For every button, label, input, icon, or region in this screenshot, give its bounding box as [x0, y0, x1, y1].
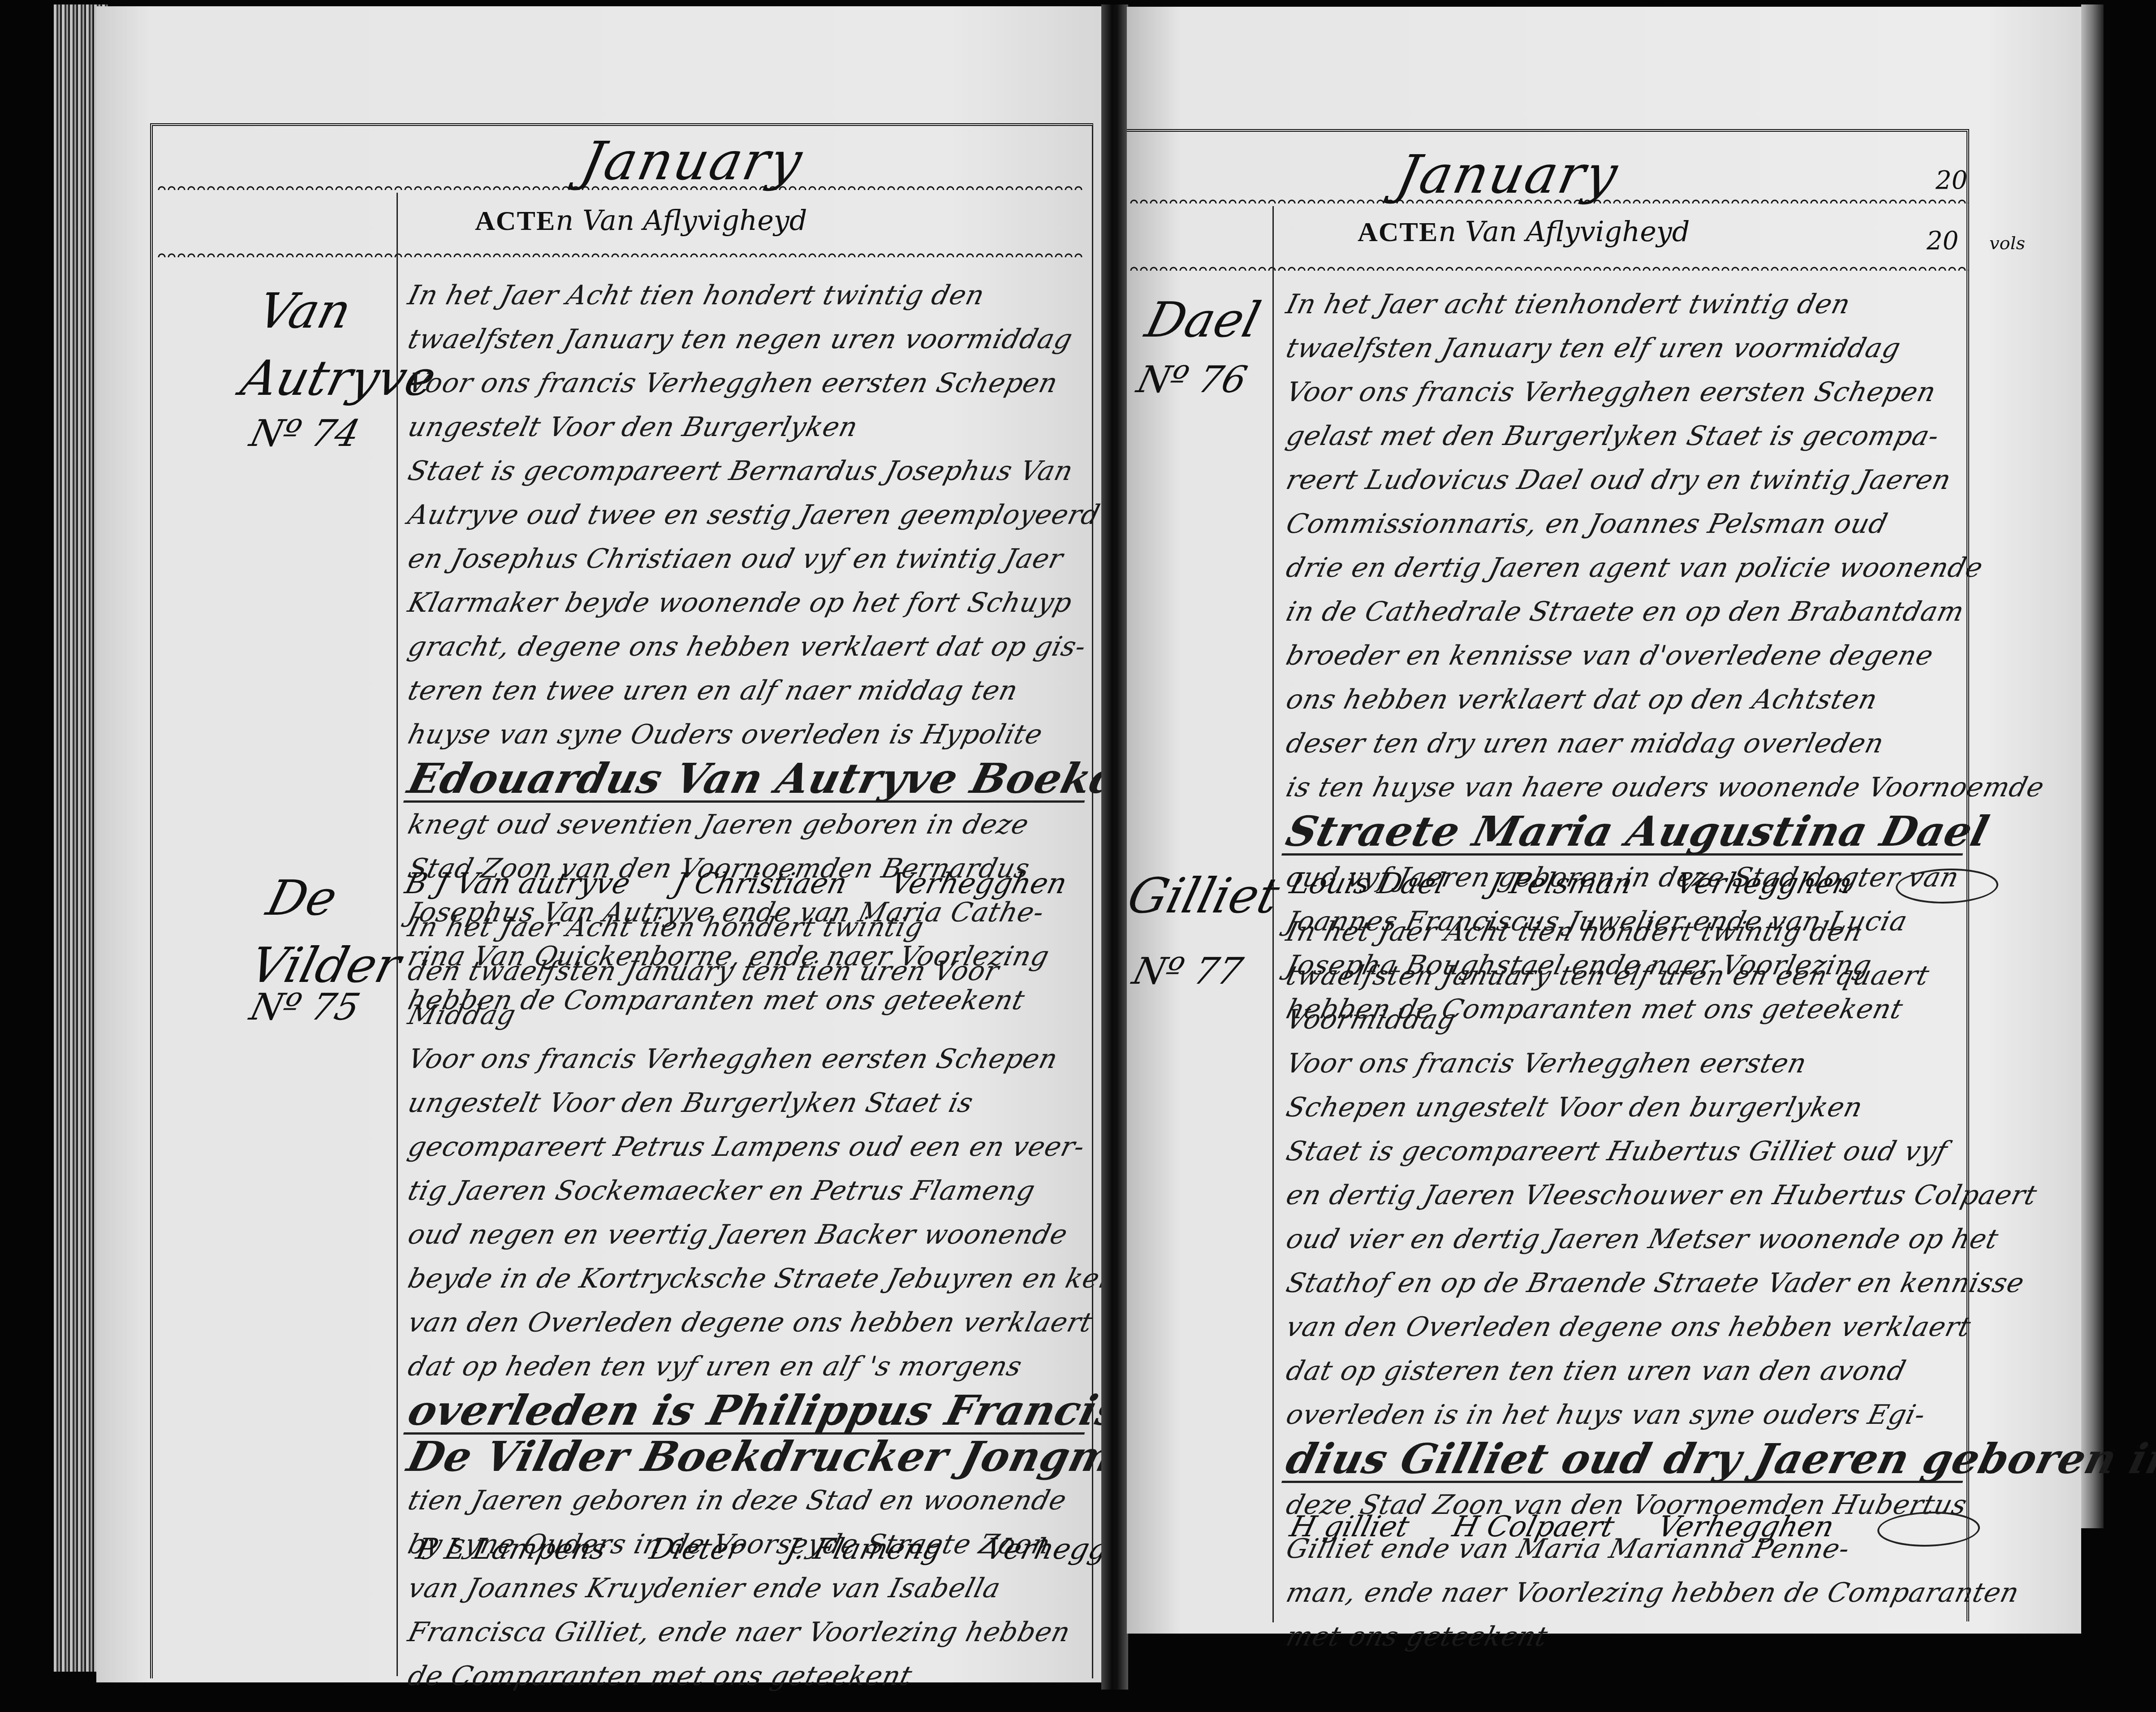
book-gutter	[1101, 4, 1128, 1690]
right-page-edge	[2081, 4, 2104, 1528]
signature: H gilliet	[1287, 1510, 1413, 1543]
margin-name-gilliet: Gilliet	[1121, 863, 1286, 930]
right-acte-heading: ACTEn Van Aflyvigheyd	[1358, 215, 1690, 248]
deceased-name: overleden is Philippus Franciscus	[403, 1388, 1096, 1435]
left-acte-heading: ACTEn Van Aflyvigheyd	[475, 204, 807, 237]
deceased-name: Edouardus Van Autryve Boekdruckers	[403, 757, 1096, 803]
deceased-surname: De Vilder Boekdrucker Jongman oud negen-	[403, 1435, 1095, 1479]
signature-registrar: Verhegghen	[1654, 1510, 1837, 1543]
paraph-flourish-icon	[1892, 869, 2002, 904]
entry-76-signatures: Louis Dael J Pelsman Verhegghen	[1286, 867, 2039, 904]
deceased-name: dius Gilliet oud dry Jaeren geboren in	[1281, 1437, 1974, 1483]
acte-hand-label: n Van Aflyvigheyd	[1438, 215, 1690, 248]
entry-75-text: In het Jaer Acht tien hondert twintig de…	[403, 905, 1084, 1698]
page-number: 20	[1936, 166, 1967, 195]
deceased-name: Straete Maria Augustina Dael	[1281, 809, 1974, 856]
entry-number-74: Nº 74	[246, 412, 364, 455]
entry-number-76: Nº 76	[1133, 359, 1251, 401]
margin-note: vols	[1989, 233, 2025, 254]
signature: J. Flameng	[783, 1533, 946, 1566]
signature-registrar: Verhegghen	[1673, 867, 1856, 900]
right-header-ornament-bottom	[1129, 264, 1969, 271]
margin-name-dael: Dael	[1138, 287, 1267, 354]
signature: J Christiaen	[670, 867, 850, 900]
entry-number-77: Nº 77	[1128, 950, 1246, 993]
entry-number-75: Nº 75	[246, 986, 364, 1029]
right-month-header: January	[1391, 143, 1624, 205]
signature: H Colpaert	[1449, 1510, 1618, 1543]
folio-number: 20	[1927, 226, 1958, 255]
signature: Louis Dael	[1287, 867, 1449, 900]
signature-registrar: Verhegghen	[887, 867, 1070, 900]
acte-hand-label: n Van Aflyvigheyd	[556, 204, 807, 237]
entry-77-signatures: H gilliet H Colpaert Verhegghen	[1286, 1510, 2020, 1547]
left-month-header: January	[576, 130, 809, 192]
acte-print-label: ACTE	[1358, 217, 1438, 247]
left-header-ornament-bottom	[157, 251, 1084, 257]
signature: P L Lampens	[413, 1533, 610, 1566]
signature: B J Van autryve	[402, 867, 634, 900]
acte-print-label: ACTE	[475, 206, 556, 236]
signature: Dieter	[646, 1533, 746, 1566]
signature: J Pelsman	[1486, 867, 1636, 900]
paraph-flourish-icon	[1873, 1512, 1984, 1547]
